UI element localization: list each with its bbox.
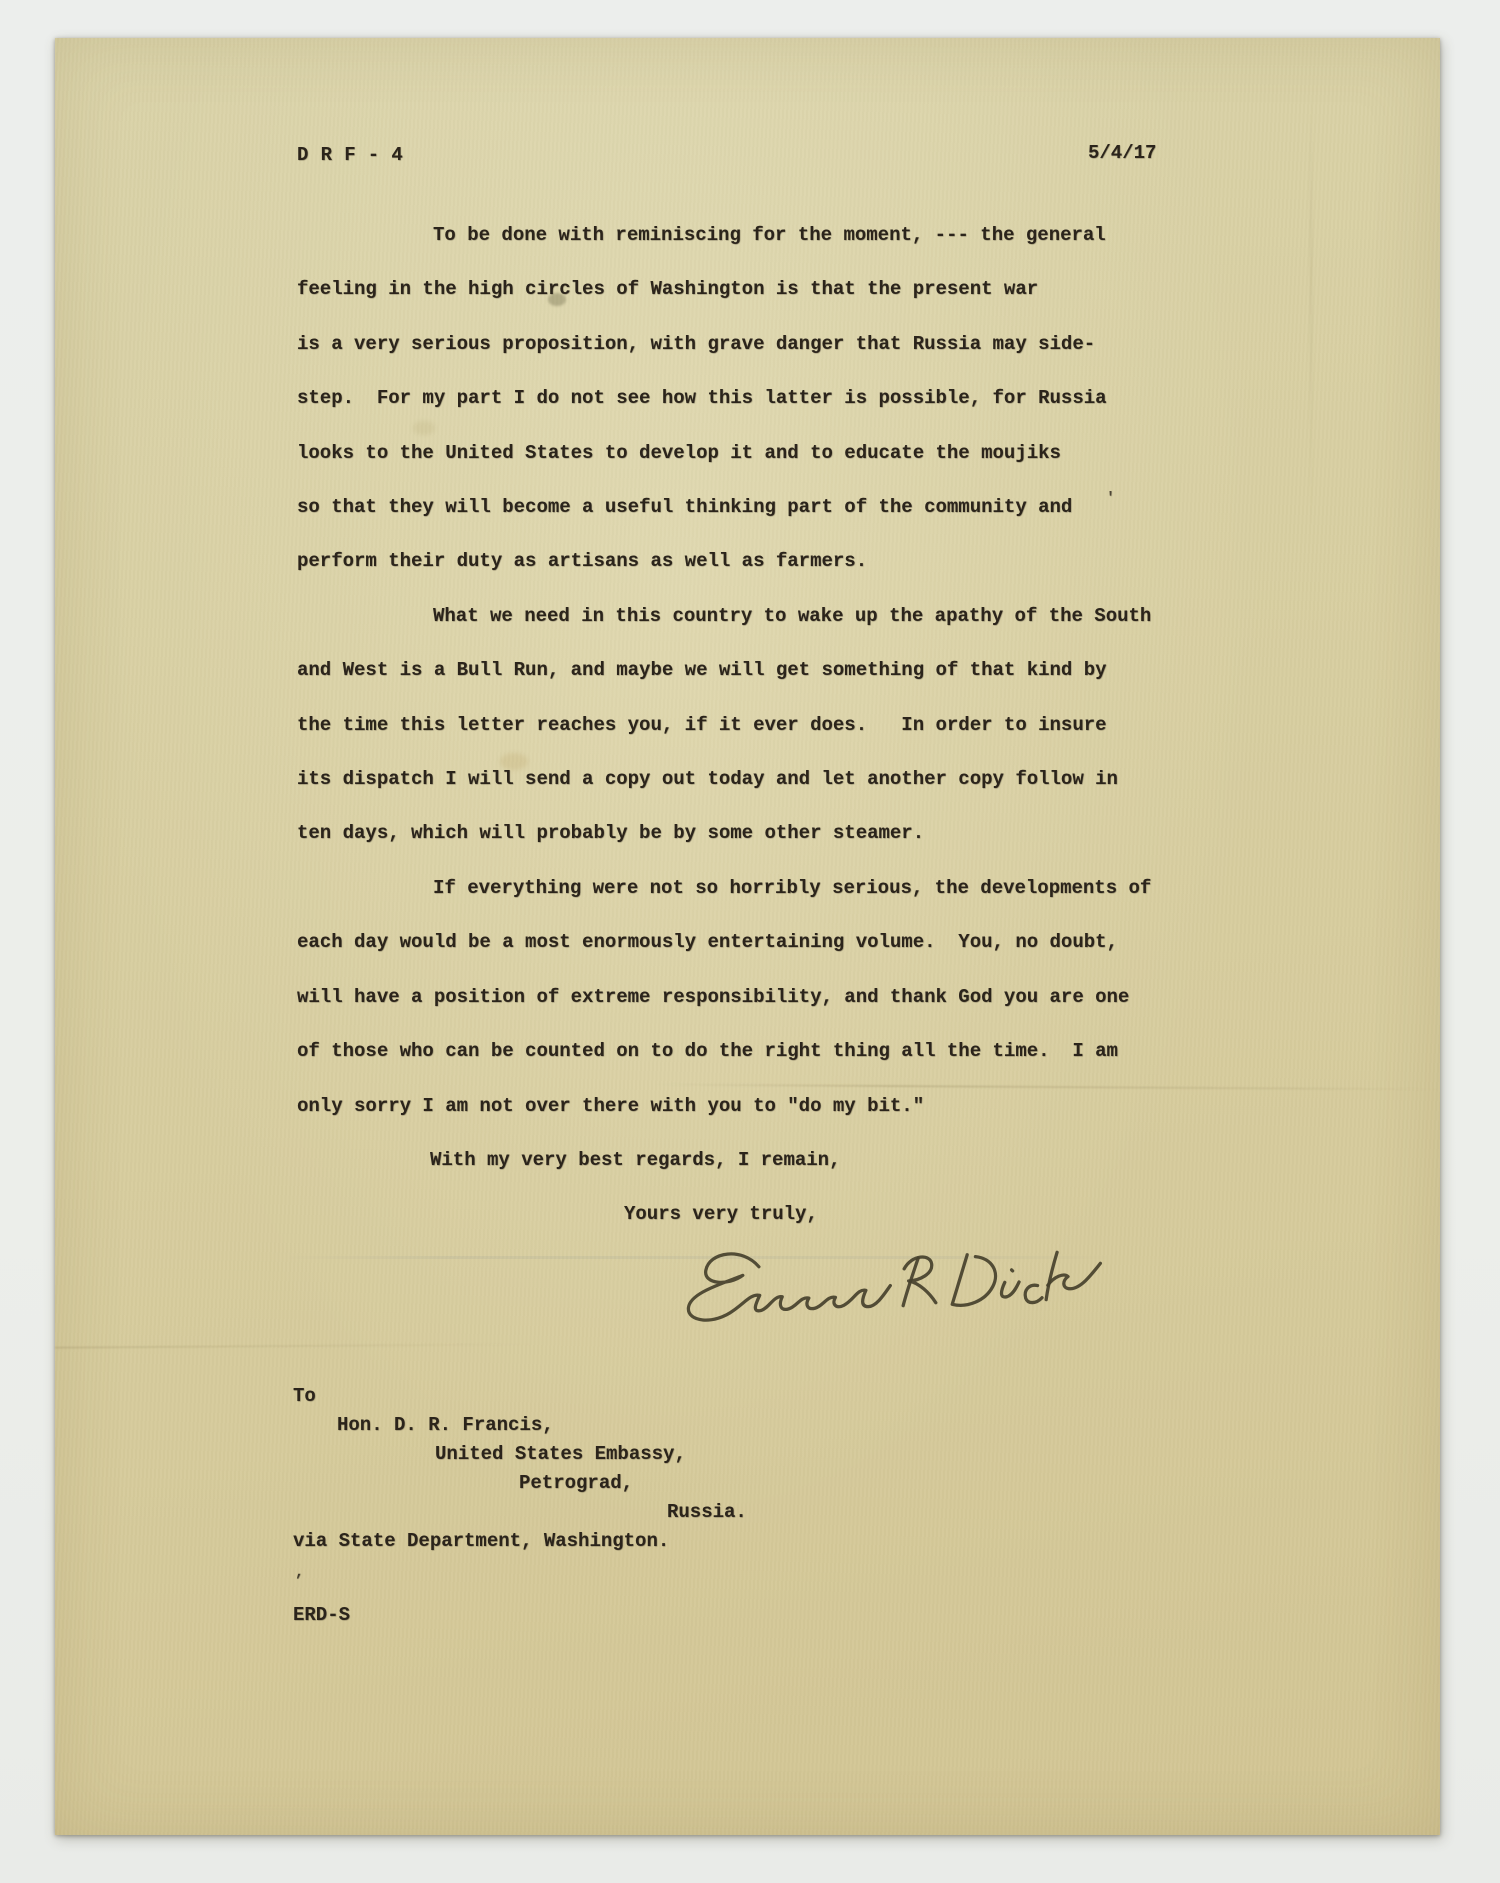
letter-line: only sorry I am not over there with you … [297,1079,1297,1133]
address-line: To [293,1382,1053,1411]
address-line: Petrograd, [293,1469,1053,1498]
stray-mark: , [295,1564,304,1581]
letter-line: If everything were not so horribly serio… [297,861,1297,915]
letter-line: of those who can be counted on to do the… [297,1024,1297,1078]
scan-background: D R F - 4 5/4/17 To be done with reminis… [0,0,1500,1883]
signature-handwriting [644,1228,1107,1345]
letter-line: What we need in this country to wake up … [297,589,1297,643]
paper-crease [55,1343,535,1348]
recipient-address: ToHon. D. R. Francis,United States Embas… [293,1382,1053,1556]
address-line: Russia. [293,1498,1053,1527]
letter-line: To be done with reminiscing for the mome… [297,208,1297,262]
letter-line: ten days, which will probably be by some… [297,806,1297,860]
address-line: United States Embassy, [293,1440,1053,1469]
address-line: Hon. D. R. Francis, [293,1411,1053,1440]
letter-line: so that they will become a useful thinki… [297,480,1297,534]
letter-body: To be done with reminiscing for the mome… [297,208,1297,1242]
letter-date: 5/4/17 [1088,142,1156,164]
letter-line: its dispatch I will send a copy out toda… [297,752,1297,806]
letter-line: Yours very truly, [297,1187,1297,1241]
letter-line: is a very serious proposition, with grav… [297,317,1297,371]
signature [644,1228,1107,1345]
address-line: via State Department, Washington. [293,1527,1053,1556]
letter-line: and West is a Bull Run, and maybe we wil… [297,643,1297,697]
letter-line: the time this letter reaches you, if it … [297,698,1297,752]
typist-initials: ERD-S [293,1604,350,1626]
reference-number: D R F - 4 [297,144,403,166]
letter-line: each day would be a most enormously ente… [297,915,1297,969]
letter-paper: D R F - 4 5/4/17 To be done with reminis… [55,38,1440,1835]
letter-line: perform their duty as artisans as well a… [297,534,1297,588]
letter-line: will have a position of extreme responsi… [297,970,1297,1024]
letter-line: With my very best regards, I remain, [297,1133,1297,1187]
paper-crease [1310,98,1312,528]
stray-mark: ' [1106,490,1115,507]
letter-line: step. For my part I do not see how this … [297,371,1297,425]
letter-line: feeling in the high circles of Washingto… [297,262,1297,316]
letter-line: looks to the United States to develop it… [297,426,1297,480]
